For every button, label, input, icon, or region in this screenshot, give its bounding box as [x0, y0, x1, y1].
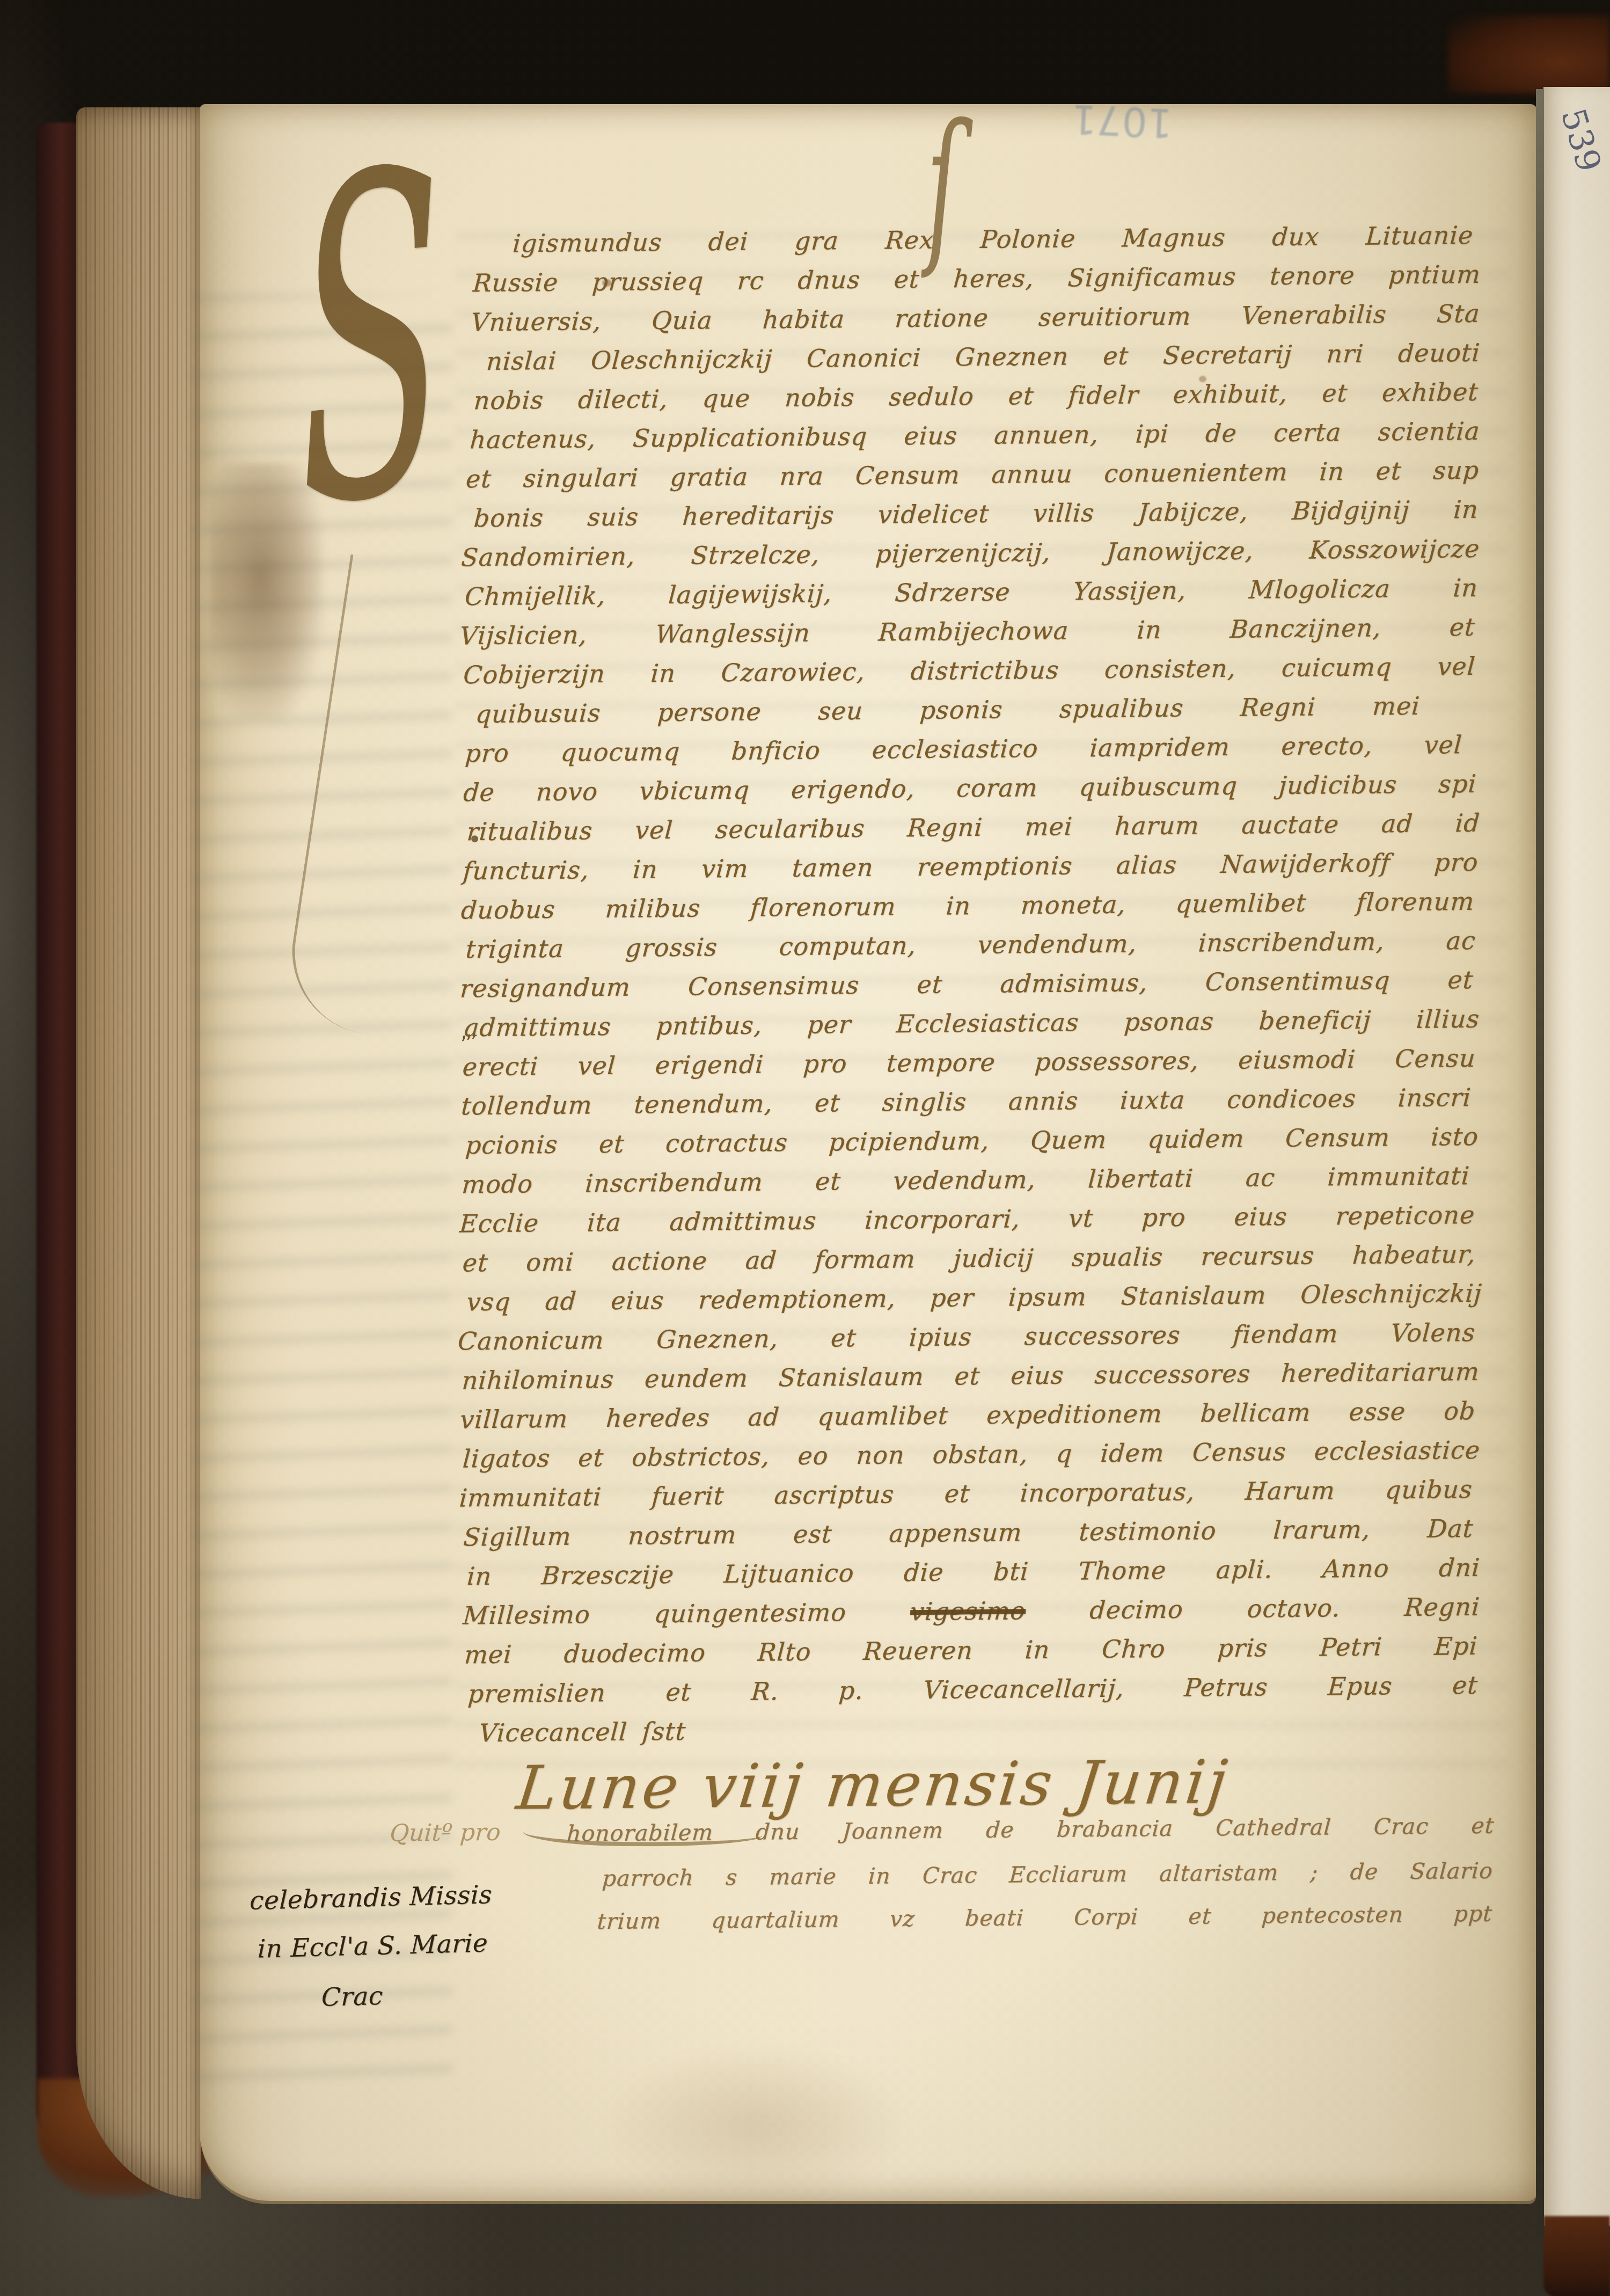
initial-flourish-tail [281, 554, 433, 1033]
manuscript-line: Chmijellik, lagijewijskij, Sdrzerse Yass… [464, 575, 1479, 610]
manuscript-line: Cobijerzijn in Czarowiec, districtibus c… [463, 653, 1476, 688]
manuscript-line-record2: trium quartalium vz beati Corpi et pente… [596, 1903, 1493, 1934]
manuscript-line: quibusuis persone seu psonis spualibus R… [475, 693, 1421, 727]
manuscript-line: hactenus, Supplicationibusq eius annuen,… [469, 418, 1481, 453]
manuscript-line: Sigillum nostrum est appensum testimonio… [463, 1515, 1474, 1550]
manuscript-line: Vijslicien, Wanglessijn Rambijechowa in … [459, 614, 1476, 649]
manuscript-line: tollendum tenendum, et singlis annis iux… [460, 1084, 1472, 1119]
manuscript-line: erecti vel erigendi pro tempore possesso… [462, 1045, 1476, 1080]
manuscript-line: immunitati fuerit ascriptus et incorpora… [458, 1476, 1473, 1511]
manuscript-line: Millesimo quingentesimo vigesimo decimo … [462, 1594, 1481, 1629]
line36-post: decimo octavo. Regni [1089, 1592, 1481, 1624]
manuscript-line: igismundus dei gra Rex Polonie Magnus du… [512, 222, 1474, 257]
manuscript-line: Sandomirien, Strzelcze, pijerzenijczij, … [460, 536, 1481, 571]
manuscript-line: ligatos et obstrictos, eo non obstan, q … [462, 1437, 1481, 1472]
manuscript-line: nislai Oleschnijczkij Canonici Gneznen e… [486, 340, 1481, 374]
manuscript-line: pcionis et cotractus pcipiendum, Quem qu… [465, 1124, 1480, 1158]
margin-note-dark-line: celebrandis Missis [250, 1882, 493, 1914]
section-heading-date: Lune viij mensis Junij [514, 1752, 1232, 1819]
manuscript-line: nobis dilecti, que nobis sedulo et fidel… [473, 379, 1480, 414]
manuscript-line: admittimus pntibus, per Ecclesiasticas p… [464, 1006, 1481, 1041]
manuscript-line: de novo vbicumq erigendo, coram quibuscu… [463, 771, 1477, 806]
manuscript-line: resignandum Consensimus et admisimus, Co… [459, 967, 1474, 1002]
struck-word: vigesimo [910, 1596, 1027, 1626]
manuscript-line: in Brzesczije Lijtuanico die bti Thome a… [466, 1555, 1481, 1590]
manuscript-line: villarum heredes ad quamlibet expedition… [459, 1398, 1476, 1433]
margin-note-dark-line: in Eccl'a S. Marie [257, 1930, 488, 1962]
manuscript-line: functuris, in vim tamen reemptionis alia… [462, 849, 1479, 884]
manuscript-line: mei duodecimo Rlto Reueren in Chro pris … [464, 1633, 1479, 1668]
line36-pre: Millesimo quingentesimo [462, 1598, 847, 1630]
manuscript-line: et omi actione ad formam judicij spualis… [462, 1241, 1477, 1276]
initial-letter-S: S [289, 145, 453, 536]
manuscript-line-record2: parroch s marie in Crac Eccliarum altari… [602, 1860, 1494, 1891]
manuscript-line: Vniuersis, Quia habita ratione seruitior… [470, 301, 1481, 336]
manuscript-line: ritualibus vel secularibus Regni mei har… [466, 810, 1481, 845]
manuscript-line: nihilominus eundem Stanislaum et eius su… [461, 1359, 1480, 1394]
manuscript-line: pro quocumq bnficio ecclesiastico iampri… [464, 732, 1463, 767]
manuscript-line: duobus milibus florenorum in moneta, que… [460, 888, 1475, 923]
manuscript-line: Vicecancell ſstt [478, 1717, 888, 1746]
margin-note-dark-line: Crac [321, 1984, 383, 2010]
manuscript-line: vsq ad eius redemptionem, per ipsum Stan… [466, 1280, 1483, 1315]
manuscript-line: et singulari gratia nra Censum annuu con… [465, 457, 1480, 492]
manuscript-line: premislien et R. p. Vicecancellarij, Pet… [467, 1672, 1479, 1707]
manuscript-line: Canonicum Gneznen, et ipius successores … [457, 1320, 1476, 1354]
manuscript-line: modo inscribendum et vedendum, libertati… [461, 1163, 1470, 1198]
ink-layer: S ſ Millesimo quingentesimo vigesimo dec… [0, 0, 1610, 2296]
manuscript-line: Ecclie ita admittimus incorporari, vt pr… [459, 1202, 1476, 1237]
folio-number: 539 [1556, 105, 1606, 176]
margin-note-light: Quitº pro [389, 1821, 501, 1846]
manuscript-line: bonis suis hereditarijs videlicet villis… [473, 497, 1479, 531]
manuscript-scan: S ſ Millesimo quingentesimo vigesimo dec… [0, 0, 1610, 2296]
manuscript-line: Russie prussieq rc dnus et heres, Signif… [472, 261, 1482, 296]
faint-archival-number: 1071 [1071, 99, 1173, 143]
manuscript-line: triginta grossis computan, vendendum, in… [465, 928, 1476, 963]
